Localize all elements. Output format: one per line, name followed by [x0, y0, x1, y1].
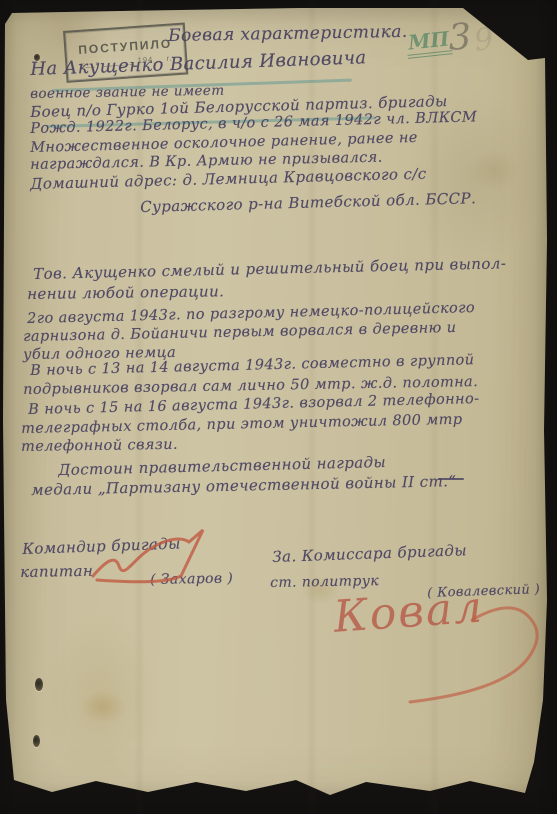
- punch-hole: [33, 735, 40, 747]
- signature-left-role2: капитан: [20, 562, 93, 581]
- red-pencil-autograph: Ковал: [332, 582, 486, 643]
- overline-mark: [438, 478, 464, 480]
- scanned-document: ПОСТУПИЛО «__» ______ 194__ г. МП 3 9 Бо…: [0, 0, 557, 814]
- grey-pencil-number: 3: [447, 16, 473, 58]
- grey-pencil-ghost-mark: 9: [472, 21, 496, 58]
- punch-hole: [35, 678, 43, 691]
- signature-right-role2: ст. политрук: [270, 573, 379, 591]
- body-line: нении любой операции.: [27, 282, 224, 303]
- body-line: телефонной связи.: [21, 437, 178, 455]
- green-pencil-initials: МП: [405, 26, 453, 59]
- red-ink-signature-scrawl: [85, 524, 225, 599]
- red-autograph-flourish: [470, 590, 557, 720]
- document-title: Боевая характеристика.: [168, 22, 408, 46]
